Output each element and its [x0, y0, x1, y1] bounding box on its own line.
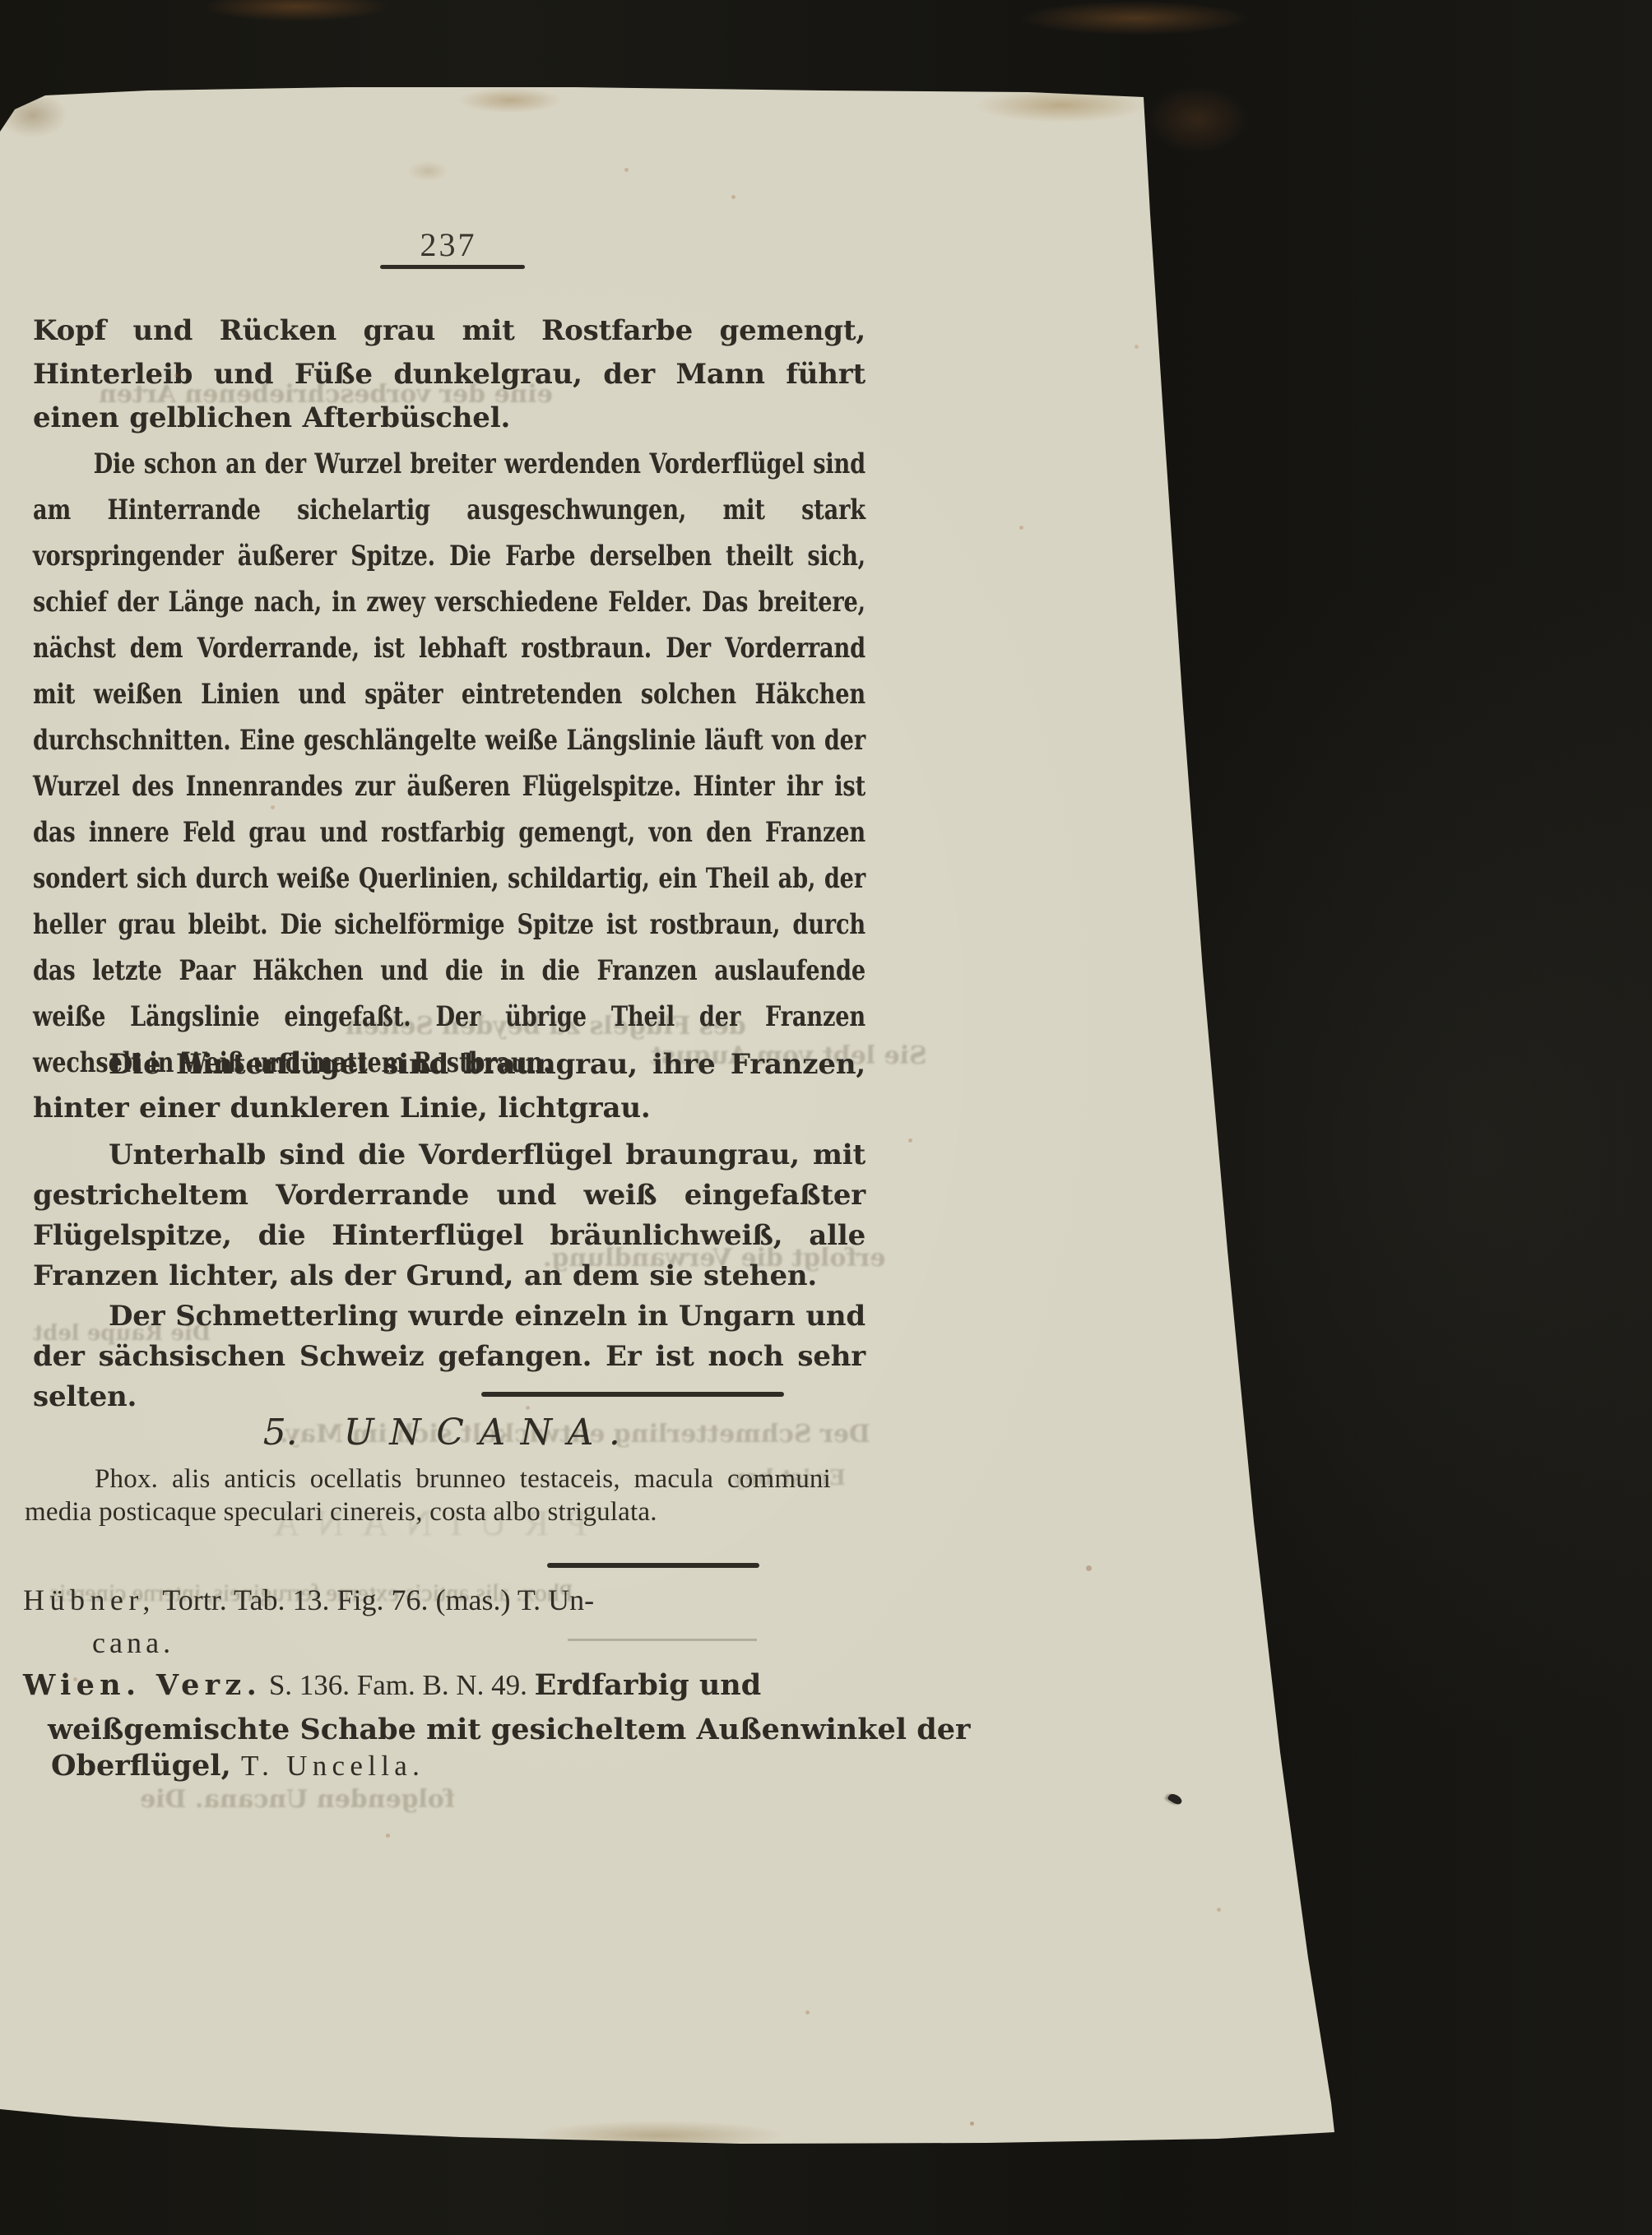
paper-sheet: eine der vorbeschriebenen Arten des Flüg…: [0, 0, 1652, 2235]
citation-hubner-text: Tortr. Tab. 13. Fig. 76. (mas.) T. Un-: [155, 1584, 594, 1616]
citation-wien-continuation: weißgemischte Schabe mit gesicheltem Auß…: [48, 1713, 970, 1746]
citation-wien-continuation-2: Oberflügel, T. Uncella.: [51, 1749, 425, 1783]
species-heading: 5. UNCANA.: [33, 1412, 865, 1454]
citation-hubner: Hübner, Tortr. Tab. 13. Fig. 76. (mas.) …: [23, 1583, 594, 1617]
latin-diagnosis: Phox. alis anticis ocellatis brunneo tes…: [25, 1463, 831, 1528]
diagnosis-divider-rule: [547, 1563, 759, 1568]
page-number-rule: [380, 265, 525, 269]
bleed-through-line: folgenden Uncana. Die: [140, 1785, 455, 1814]
citation-hubner-author: Hübner,: [23, 1584, 155, 1616]
page-number: 237: [346, 225, 551, 264]
citation-wien-ref: S. 136. Fam. B. N. 49.: [262, 1669, 535, 1701]
citation-wien-continuation-2-text: Oberflügel,: [51, 1749, 241, 1783]
paragraph-occurrence: Der Schmetterling wurde einzeln in Ungar…: [33, 1296, 865, 1417]
species-heading-number: 5.: [263, 1412, 298, 1454]
citation-hubner-continuation: cana.: [92, 1625, 174, 1660]
paragraph-hindwings: Die Hinterflügel sind braungrau, ihre Fr…: [33, 1043, 865, 1130]
scanned-book-page: eine der vorbeschriebenen Arten des Flüg…: [0, 0, 1652, 2235]
citation-wien: Wien. Verz. S. 136. Fam. B. N. 49. Erdfa…: [23, 1668, 761, 1702]
section-divider-rule: [481, 1392, 784, 1397]
citation-wien-source: Wien. Verz.: [23, 1668, 262, 1702]
paragraph-underside: Unterhalb sind die Vorderflügel braungra…: [33, 1135, 865, 1296]
paper-fiber-specks: [0, 0, 2, 2]
paragraph-opening: Kopf und Rücken grau mit Rostfarbe gemen…: [33, 309, 865, 440]
ink-fleck: [1167, 1792, 1184, 1806]
species-heading-name: UNCANA.: [344, 1412, 636, 1454]
paragraph-forewings: Die schon an der Wurzel breiter werdende…: [33, 441, 865, 1086]
species-name-uncella: T. Uncella.: [241, 1750, 425, 1782]
citation-wien-text: Erdfarbig und: [535, 1668, 762, 1702]
citation-separator-smudge: [568, 1639, 757, 1641]
